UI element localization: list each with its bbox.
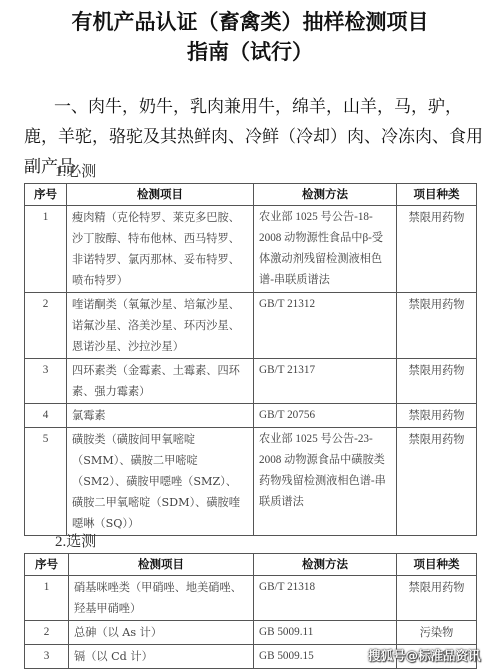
test-item: 瘦肉精（克伦特罗、莱克多巴胺、沙丁胺醇、特布他林、西马特罗、非诺特罗、氯丙那林、… [67, 206, 254, 293]
item-category: 污染物 [397, 621, 477, 645]
document-title: 有机产品认证（畜禽类）抽样检测项目 [0, 6, 500, 36]
item-category: 禁限用药物 [397, 428, 477, 536]
test-item: 四环素类（金霉素、土霉素、四环素、强力霉素） [67, 359, 254, 404]
optional-tests-heading: 2.选测 [55, 530, 96, 551]
test-item: 硝基咪唑类（甲硝唑、地美硝唑、羟基甲硝唑） [69, 576, 254, 621]
test-method: 农业部 1025 号公告-23-2008 动物源食品中磺胺类药物残留检测液相色谱… [254, 428, 397, 536]
item-category: 禁限用药物 [397, 206, 477, 293]
table-row: 1 硝基咪唑类（甲硝唑、地美硝唑、羟基甲硝唑） GB/T 21318 禁限用药物 [25, 576, 477, 621]
test-method: GB/T 20756 [254, 404, 397, 428]
test-method: GB/T 21317 [254, 359, 397, 404]
row-number: 1 [25, 576, 69, 621]
column-header-no: 序号 [25, 554, 69, 576]
item-category: 禁限用药物 [397, 359, 477, 404]
column-header-item: 检测项目 [67, 184, 254, 206]
column-header-no: 序号 [25, 184, 67, 206]
row-number: 4 [25, 404, 67, 428]
table-row: 1 瘦肉精（克伦特罗、莱克多巴胺、沙丁胺醇、特布他林、西马特罗、非诺特罗、氯丙那… [25, 206, 477, 293]
column-header-method: 检测方法 [254, 184, 397, 206]
test-item: 氯霉素 [67, 404, 254, 428]
table-row: 2 喹诺酮类（氧氟沙星、培氟沙星、诺氟沙星、洛美沙星、环丙沙星、恩诺沙星、沙拉沙… [25, 293, 477, 359]
column-header-item: 检测项目 [69, 554, 254, 576]
row-number: 3 [25, 645, 69, 669]
column-header-method: 检测方法 [254, 554, 397, 576]
test-item: 镉（以 Cd 计） [69, 645, 254, 669]
required-tests-heading: 1.必测 [55, 160, 96, 181]
table-header-row: 序号 检测项目 检测方法 项目种类 [25, 184, 477, 206]
table-row: 5 磺胺类（磺胺间甲氧嘧啶（SMM）、磺胺二甲嘧啶（SM2）、磺胺甲噁唑（SMZ… [25, 428, 477, 536]
document-subtitle: 指南（试行） [0, 36, 500, 66]
table-row: 2 总砷（以 As 计） GB 5009.11 污染物 [25, 621, 477, 645]
column-header-category: 项目种类 [397, 554, 477, 576]
table-header-row: 序号 检测项目 检测方法 项目种类 [25, 554, 477, 576]
test-method: 农业部 1025 号公告-18-2008 动物源性食品中β-受体激动剂残留检测液… [254, 206, 397, 293]
watermark: 搜狐号@标准品资讯 [368, 646, 481, 664]
required-tests-table: 序号 检测项目 检测方法 项目种类 1 瘦肉精（克伦特罗、莱克多巴胺、沙丁胺醇、… [24, 183, 477, 536]
row-number: 1 [25, 206, 67, 293]
item-category: 禁限用药物 [397, 576, 477, 621]
row-number: 2 [25, 293, 67, 359]
table-row: 4 氯霉素 GB/T 20756 禁限用药物 [25, 404, 477, 428]
test-method: GB/T 21312 [254, 293, 397, 359]
test-item: 喹诺酮类（氧氟沙星、培氟沙星、诺氟沙星、洛美沙星、环丙沙星、恩诺沙星、沙拉沙星） [67, 293, 254, 359]
column-header-category: 项目种类 [397, 184, 477, 206]
item-category: 禁限用药物 [397, 404, 477, 428]
test-method: GB/T 21318 [254, 576, 397, 621]
test-method: GB 5009.11 [254, 621, 397, 645]
test-item: 总砷（以 As 计） [69, 621, 254, 645]
row-number: 2 [25, 621, 69, 645]
table-row: 3 四环素类（金霉素、土霉素、四环素、强力霉素） GB/T 21317 禁限用药… [25, 359, 477, 404]
row-number: 3 [25, 359, 67, 404]
item-category: 禁限用药物 [397, 293, 477, 359]
test-item: 磺胺类（磺胺间甲氧嘧啶（SMM）、磺胺二甲嘧啶（SM2）、磺胺甲噁唑（SMZ）、… [67, 428, 254, 536]
row-number: 5 [25, 428, 67, 536]
